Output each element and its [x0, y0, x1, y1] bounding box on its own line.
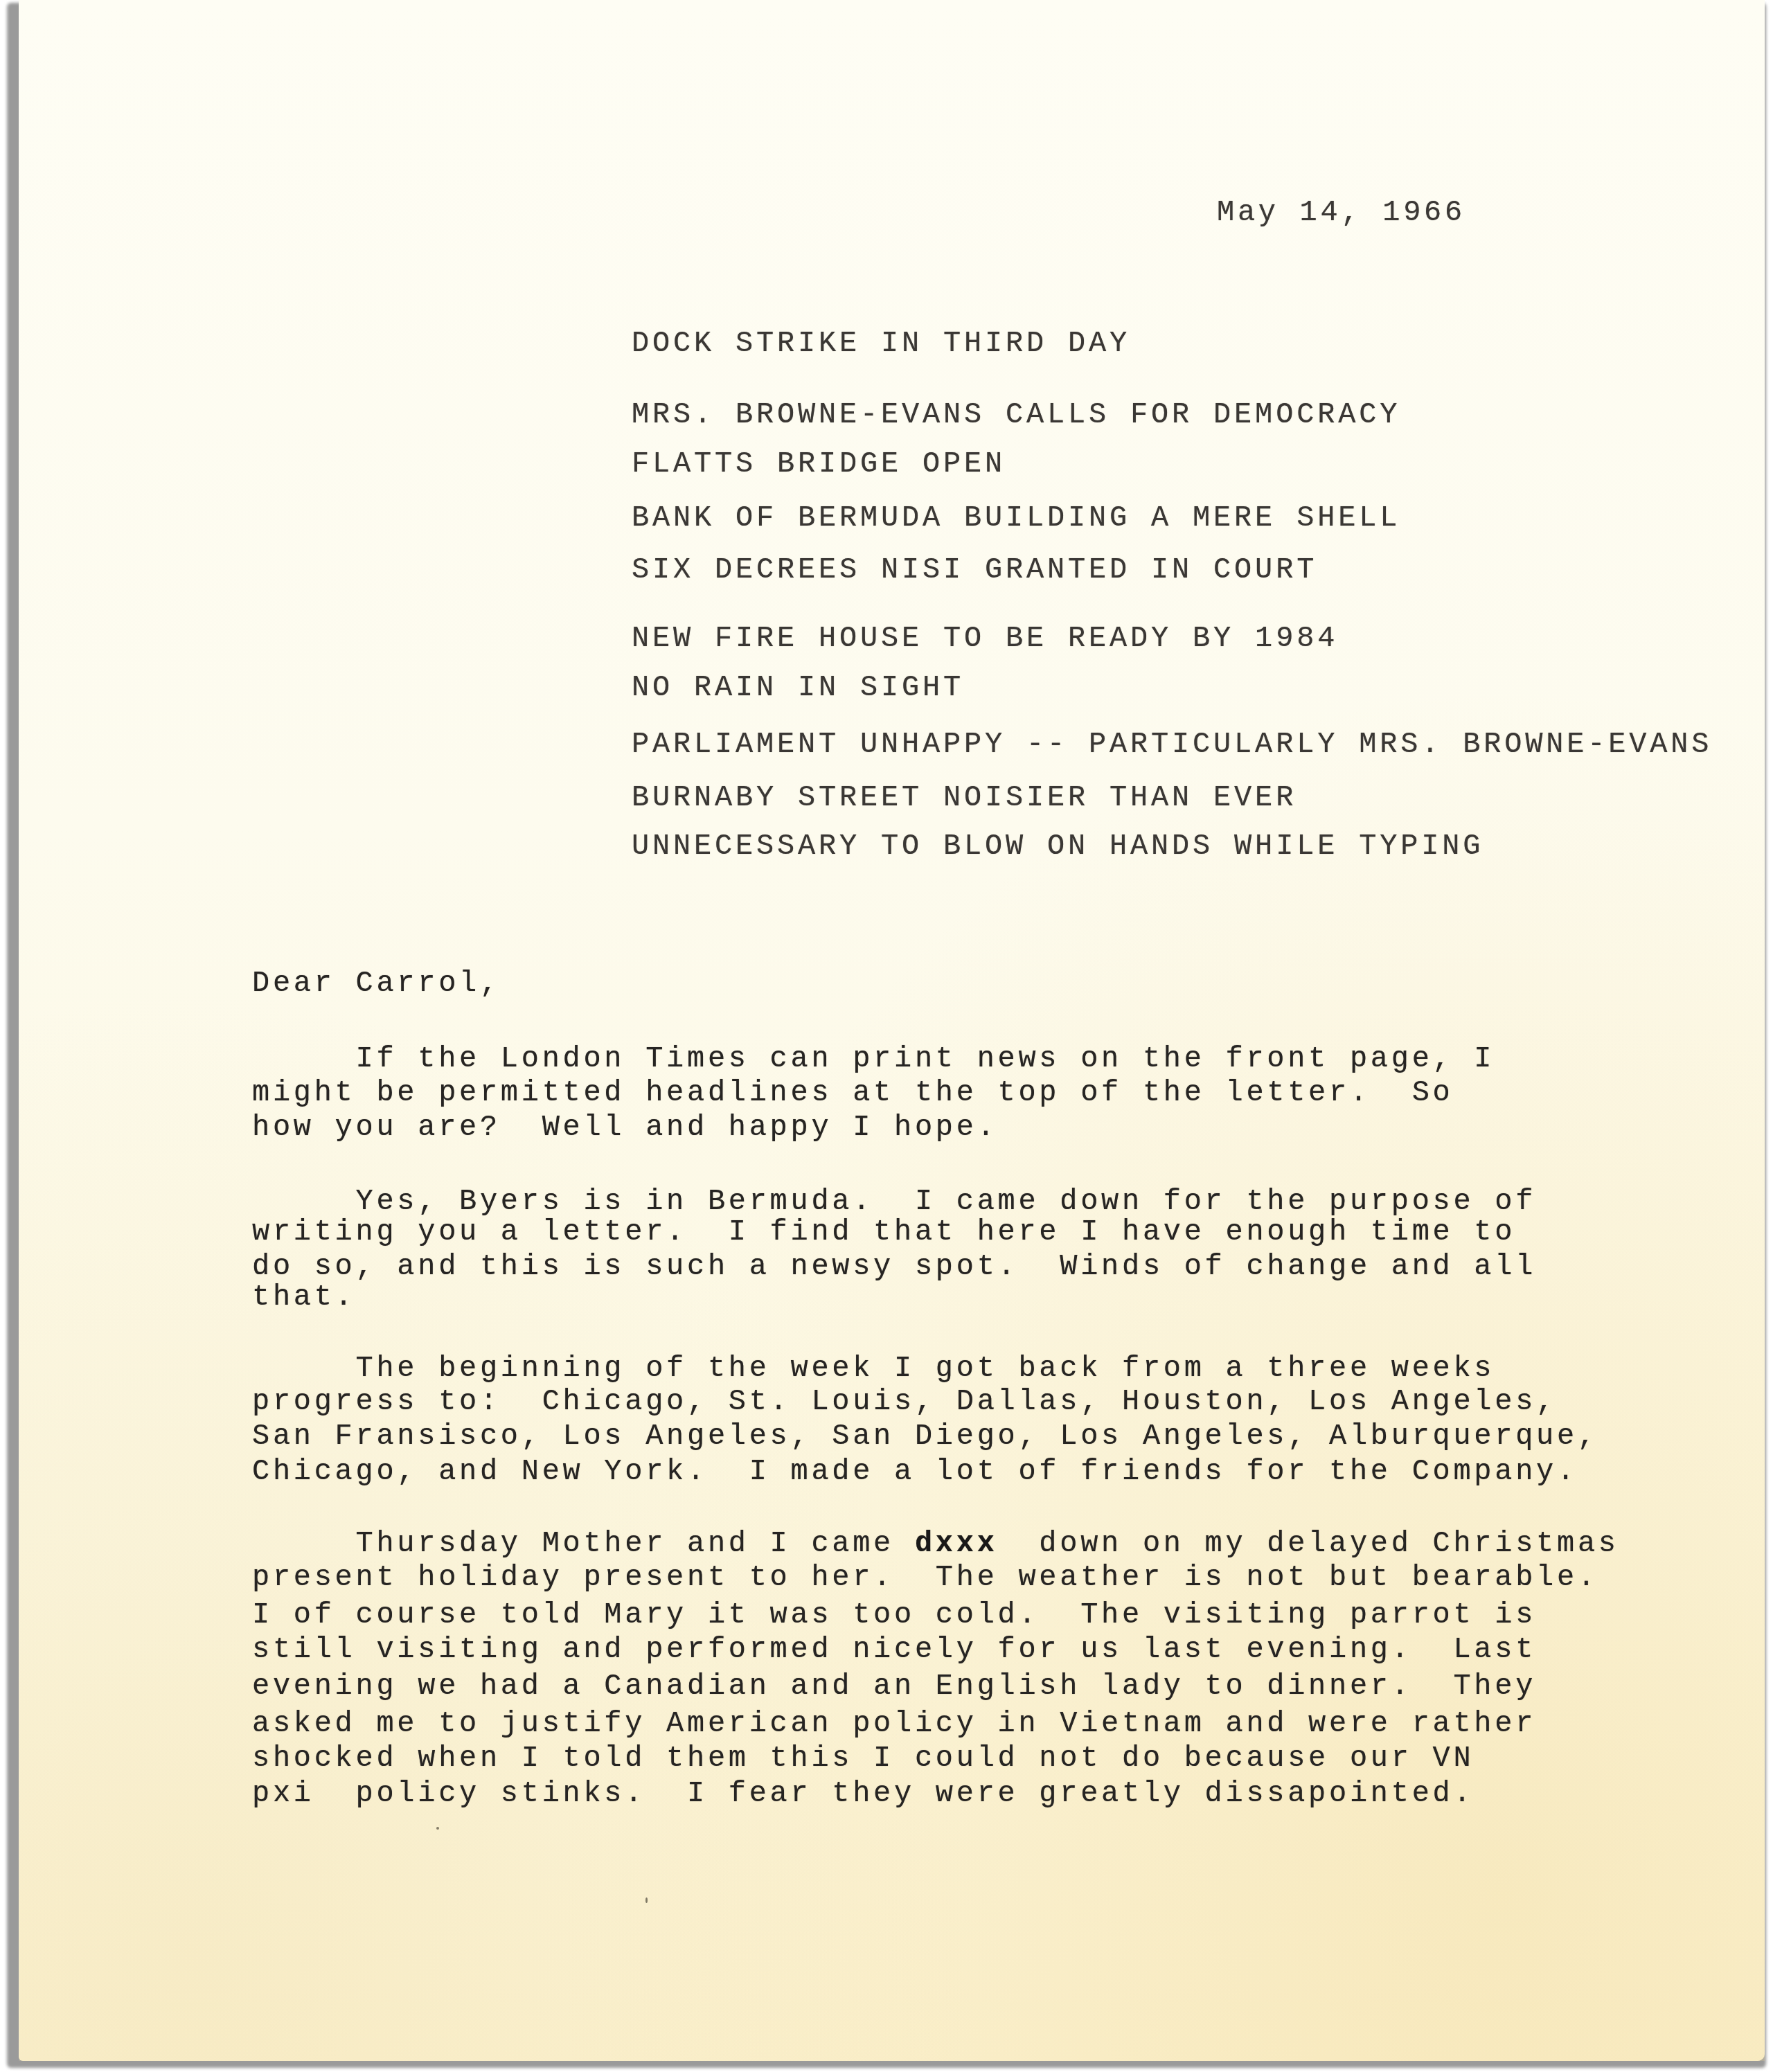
body-text: down on my delayed Christmas [998, 1527, 1619, 1560]
body-line: San Fransisco, Los Angeles, San Diego, L… [252, 1422, 1598, 1451]
headline: SIX DECREES NISI GRANTED IN COURT [632, 555, 1317, 584]
body-line: asked me to justify American policy in V… [252, 1709, 1536, 1738]
body-line: do so, and this is such a newsy spot. Wi… [252, 1252, 1536, 1281]
struck-out-word: dxxx [915, 1527, 998, 1560]
headline: NEW FIRE HOUSE TO BE READY BY 1984 [632, 624, 1338, 653]
headline: MRS. BROWNE-EVANS CALLS FOR DEMOCRACY [632, 400, 1400, 429]
headline: BURNABY STREET NOISIER THAN EVER [632, 783, 1297, 812]
body-line: that. [252, 1283, 356, 1312]
salutation: Dear Carrol, [252, 969, 501, 998]
body-line: Chicago, and New York. I made a lot of f… [252, 1457, 1578, 1486]
body-line: evening we had a Canadian and an English… [252, 1672, 1536, 1701]
body-line: shocked when I told them this I could no… [252, 1744, 1474, 1773]
body-text: Thursday Mother and I came [252, 1527, 915, 1560]
headline: BANK OF BERMUDA BUILDING A MERE SHELL [632, 503, 1400, 533]
ink-speck [436, 1827, 439, 1830]
body-line: If the London Times can print news on th… [252, 1044, 1495, 1073]
body-line: might be permitted headlines at the top … [252, 1078, 1453, 1107]
body-line: The beginning of the week I got back fro… [252, 1354, 1495, 1383]
body-line: I of course told Mary it was too cold. T… [252, 1600, 1536, 1629]
ink-speck [645, 1897, 648, 1903]
body-line: how you are? Well and happy I hope. [252, 1113, 998, 1142]
body-line: pxi policy stinks. I fear they were grea… [252, 1779, 1474, 1808]
body-line: Thursday Mother and I came dxxx down on … [252, 1529, 1619, 1558]
letter-date: May 14, 1966 [1217, 198, 1465, 227]
body-line: still visiting and performed nicely for … [252, 1635, 1536, 1664]
body-line: progress to: Chicago, St. Louis, Dallas,… [252, 1387, 1557, 1416]
headline: DOCK STRIKE IN THIRD DAY [632, 329, 1130, 358]
headline: FLATTS BRIDGE OPEN [632, 449, 1006, 479]
headline: UNNECESSARY TO BLOW ON HANDS WHILE TYPIN… [632, 832, 1484, 861]
headline: NO RAIN IN SIGHT [632, 673, 964, 702]
body-line: present holiday present to her. The weat… [252, 1563, 1598, 1592]
body-line: writing you a letter. I find that here I… [252, 1217, 1515, 1247]
headline: PARLIAMENT UNHAPPY -- PARTICULARLY MRS. … [632, 730, 1712, 759]
body-line: Yes, Byers is in Bermuda. I came down fo… [252, 1187, 1536, 1216]
